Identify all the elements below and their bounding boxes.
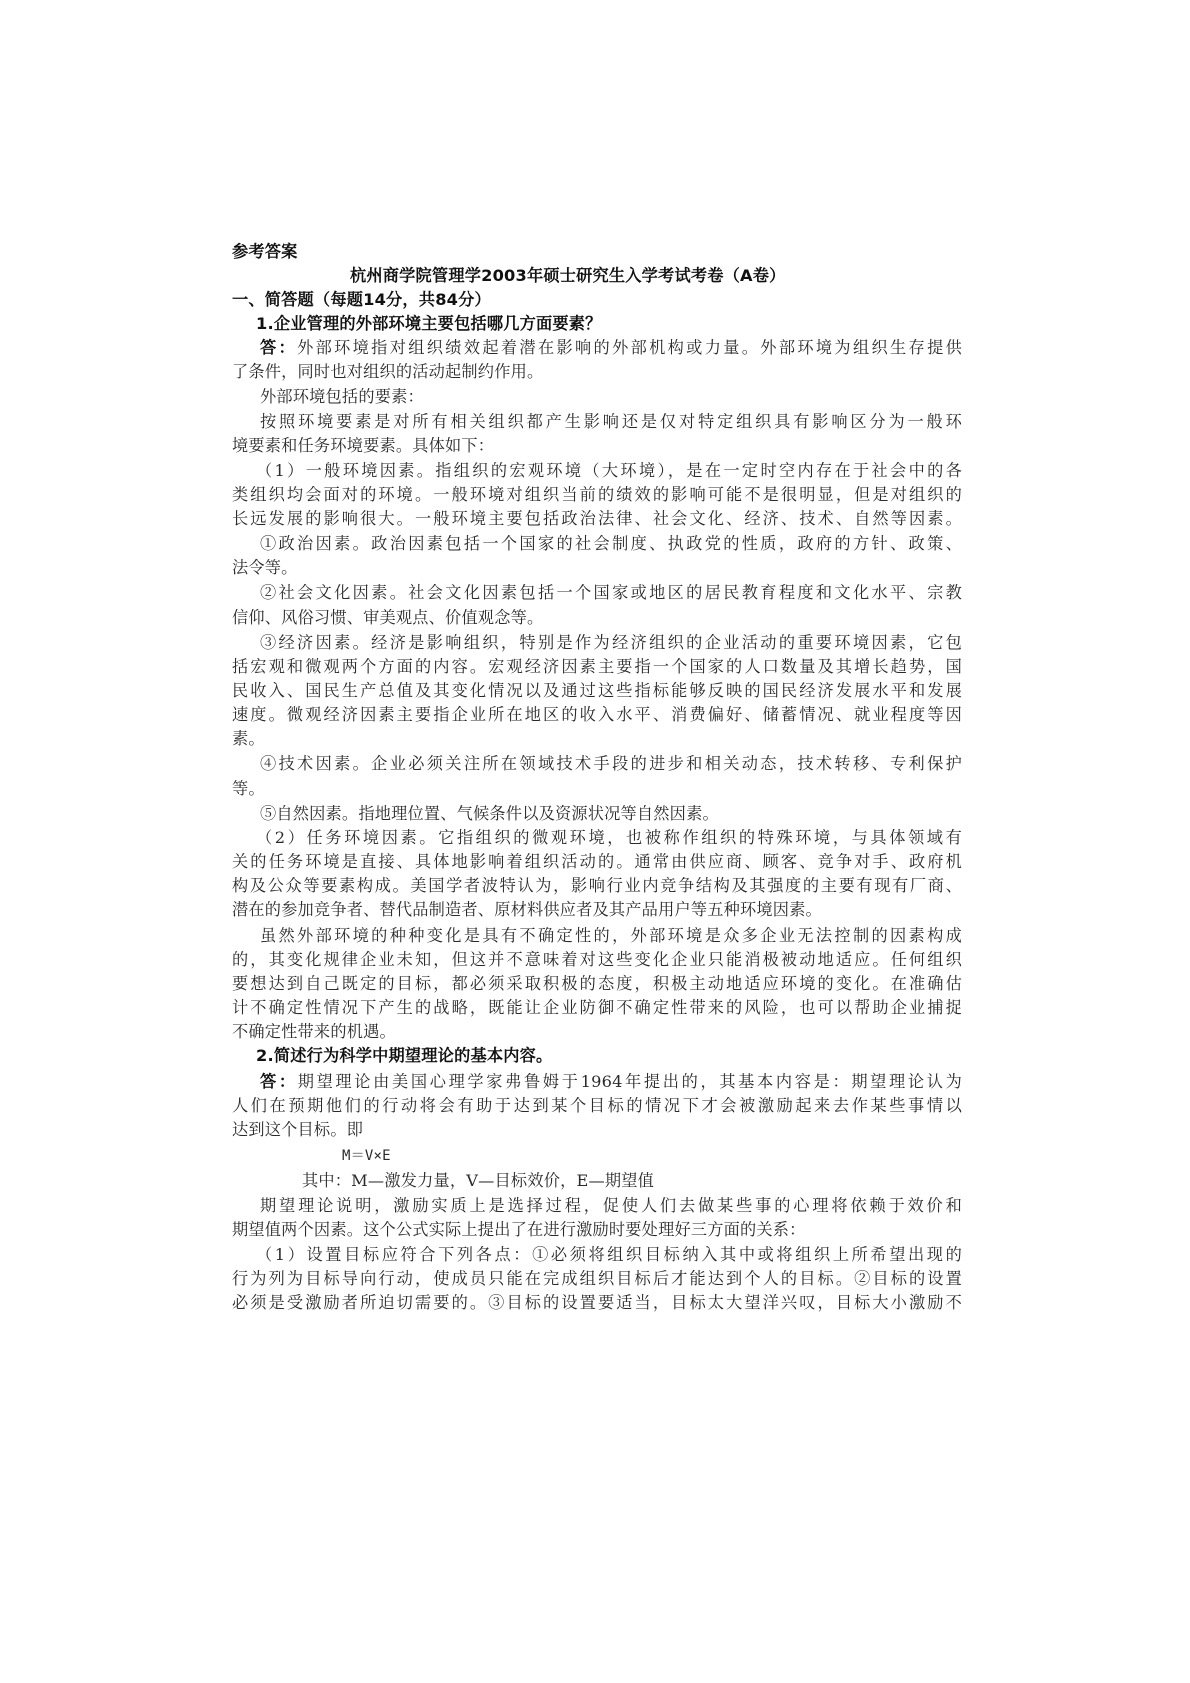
paragraph-line: ③经济因素。经济是影响组织，特别是作为经济组织的企业活动的重要环境因素，它包 [260, 631, 962, 655]
paragraph-line: 期望理论说明，激励实质上是选择过程，促使人们去做某些事的心理将依赖于效价和 [260, 1194, 962, 1218]
paragraph-line: （2）任务环境因素。它指组织的微观环境，也被称作组织的特殊环境，与具体领域有 [256, 826, 962, 850]
answer-label: 答： [260, 338, 297, 357]
answer-label: 答： [260, 1072, 298, 1091]
question-2-answer-line: 答：期望理论由美国心理学家弗鲁姆于1964年提出的，其基本内容是：期望理论认为 [260, 1070, 962, 1094]
paragraph-line: 了条件，同时也对组织的活动起制约作用。 [232, 360, 543, 384]
paragraph-line: 不确定性带来的机遇。 [232, 1020, 396, 1044]
paragraph-line: ①政治因素。政治因素包括一个国家的社会制度、执政党的性质，政府的方针、政策、 [260, 532, 962, 556]
paragraph-line: 民收入、国民生产总值及其变化情况以及通过这些指标能够反映的国民经济发展水平和发展 [232, 679, 962, 703]
paragraph-line: 要想达到自己既定的目标，都必须采取积极的态度，积极主动地适应环境的变化。在准确估 [232, 972, 962, 996]
paragraph-line: 括宏观和微观两个方面的内容。宏观经济因素主要指一个国家的人口数量及其增长趋势，国 [232, 655, 962, 679]
paragraph-line: 达到这个目标。即 [232, 1118, 363, 1142]
paragraph-line: ②社会文化因素。社会文化因素包括一个国家或地区的居民教育程度和文化水平、宗教 [260, 581, 962, 605]
paragraph-line: ④技术因素。企业必须关注所在领域技术手段的进步和相关动态，技术转移、专利保护 [260, 752, 962, 776]
paragraph-line: （1）设置目标应符合下列各点：①必须将组织目标纳入其中或将组织上所希望出现的 [256, 1243, 962, 1267]
paragraph-line: 素。 [232, 727, 265, 751]
section-heading: 一、简答题（每题14分，共84分） [232, 288, 491, 312]
question-1-answer-line: 答：外部环境指对组织绩效起着潜在影响的外部机构或力量。外部环境为组织生存提供 [260, 336, 962, 360]
paragraph-line: ⑤自然因素。指地理位置、气候条件以及资源状况等自然因素。 [260, 802, 719, 826]
paragraph-line: 必须是受激励者所迫切需要的。③目标的设置要适当，目标太大望洋兴叹，目标大小激励不 [232, 1291, 962, 1315]
paragraph-line: 虽然外部环境的种种变化是具有不确定性的，外部环境是众多企业无法控制的因素构成 [260, 924, 962, 948]
paragraph-line: 信仰、风俗习惯、审美观点、价值观念等。 [232, 606, 543, 630]
paragraph-line: 潜在的参加竞争者、替代品制造者、原材料供应者及其产品用户等五种环境因素。 [232, 898, 822, 922]
header-label: 参考答案 [232, 240, 298, 264]
paragraph-line: 关的任务环境是直接、具体地影响着组织活动的。通常由供应商、顾客、竞争对手、政府机 [232, 850, 962, 874]
paragraph-line: 速度。微观经济因素主要指企业所在地区的收入水平、消费偏好、储蓄情况、就业程度等因 [232, 703, 962, 727]
paragraph-line: 构及公众等要素构成。美国学者波特认为，影响行业内竞争结构及其强度的主要有现有厂商… [232, 874, 962, 898]
paragraph-line: 法令等。 [232, 556, 298, 580]
paragraph-line: 行为列为目标导向行动，使成员只能在完成组织目标后才能达到个人的目标。②目标的设置 [232, 1267, 962, 1291]
paragraph-line: 外部环境包括的要素： [260, 385, 424, 409]
paragraph-line: 等。 [232, 777, 265, 801]
paragraph-line: （1）一般环境因素。指组织的宏观环境（大环境），是在一定时空内存在于社会中的各 [256, 459, 962, 483]
paragraph-line: 长远发展的影响很大。一般环境主要包括政治法律、社会文化、经济、技术、自然等因素。 [232, 507, 962, 531]
formula: M＝V×E [342, 1144, 391, 1168]
question-2-title: 2.简述行为科学中期望理论的基本内容。 [256, 1044, 552, 1068]
paragraph-line: 计不确定性情况下产生的战略，既能让企业防御不确定性带来的风险，也可以帮助企业捕捉 [232, 996, 962, 1020]
question-1-title: 1.企业管理的外部环境主要包括哪几方面要素？ [256, 312, 602, 336]
paragraph-line: 按照环境要素是对所有相关组织都产生影响还是仅对特定组织具有影响区分为一般环 [260, 410, 962, 434]
formula-legend: 其中：M—激发力量，V—目标效价，E—期望值 [302, 1169, 654, 1193]
paragraph-line: 期望值两个因素。这个公式实际上提出了在进行激励时要处理好三方面的关系： [232, 1218, 806, 1242]
paragraph-line: 人们在预期他们的行动将会有助于达到某个目标的情况下才会被激励起来去作某些事情以 [232, 1094, 962, 1118]
paragraph-line: 的，其变化规律企业未知，但这并不意味着对这些变化企业只能消极被动地适应。任何组织 [232, 948, 962, 972]
document-title: 杭州商学院管理学2003年硕士研究生入学考试考卷（A卷） [350, 264, 786, 288]
paragraph-line: 境要素和任务环境要素。具体如下： [232, 434, 494, 458]
paragraph-line: 类组织均会面对的环境。一般环境对组织当前的绩效的影响可能不是很明显，但是对组织的 [232, 483, 962, 507]
